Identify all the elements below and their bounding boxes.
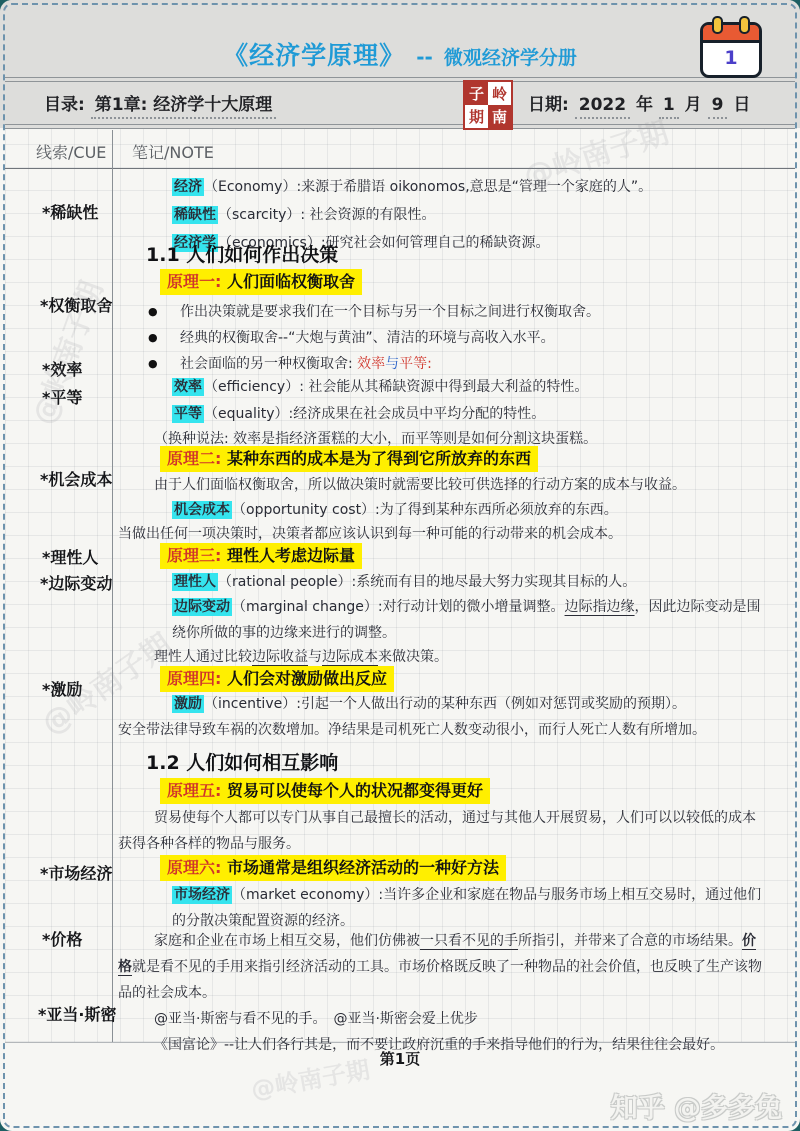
note-line: 由于人们面临权衡取舍，所以做决策时就需要比较可供选择的行动方案的成本与收益。 [118,472,768,498]
page-title: 《经济学原理》 -- 微观经济学分册 [0,36,800,72]
divider [5,124,795,129]
cue-label: *边际变动 [40,571,112,594]
text-segment: （scarcity）: 社会资源的有限性。 [218,207,436,223]
text-segment: （opportunity cost）:为了得到某种东西所必须放弃的东西。 [232,502,618,518]
text-segment: 由于人们面临权衡取舍，所以做决策时就需要比较可供选择的行动方案的成本与收益。 [154,477,686,493]
key-term: 市场经济 [172,886,232,904]
toc-value: 第1章: 经济学十大原理 [91,95,277,119]
text-segment: 理性人通过比较 [154,649,252,665]
seal-char: 期 [465,105,488,128]
text-segment: 社会面临的另一种权衡取舍: [180,356,357,372]
text-segment: 理性人考虑边际量 [227,546,355,565]
calendar-ring-icon [739,16,750,34]
definition-line: 效率（efficiency）: 社会能从其稀缺资源中得到最大利益的特性。 [118,374,768,400]
cue-column: *稀缺性*权衡取舍*效率*平等*机会成本*理性人*边际变动*激励*市场经济*价格… [0,0,112,1131]
definition-line: 稀缺性（scarcity）: 社会资源的有限性。 [118,202,768,228]
text-segment: 1.1 人们如何作出决策 [146,244,338,266]
key-term: 平等 [172,405,204,423]
text-segment: 与 [385,356,399,372]
highlighted-principle-text: 原理六: 市场通常是组织经济活动的一种好方法 [160,855,506,881]
text-segment: 效率 [357,356,385,372]
cue-label: *市场经济 [40,861,112,884]
text-segment: （equality）:经济成果在社会成员中平均分配的特性。 [204,406,545,422]
cue-label: *价格 [42,927,82,950]
definition-line: 激励（incentive）:引起一个人做出行动的某种东西（例如对惩罚或奖励的预期… [118,691,768,717]
highlighted-principle-text: 原理二: 某种东西的成本是为了得到它所放弃的东西 [160,446,538,472]
definition-line: 理性人（rational people）:系统而有目的地尽最大努力实现其目标的人… [118,569,768,595]
note-line: @亚当·斯密与看不见的手。 @亚当·斯密会爱上优步 [118,1006,768,1032]
text-segment: 原理五: [167,781,227,800]
cue-label: *机会成本 [40,467,112,490]
key-term: 理性人 [172,573,218,591]
brand-watermark: 知乎 @多多兔 [611,1086,782,1125]
text-segment: @亚当·斯密与看不见的手。 @亚当·斯密会爱上优步 [154,1011,478,1027]
highlighted-principle-text: 原理四: 人们会对激励做出反应 [160,666,394,692]
principle-heading: 原理二: 某种东西的成本是为了得到它所放弃的东西 [118,446,768,472]
divider [5,168,795,169]
text-segment: （Economy）:来源于希腊语 oikonomos,意思是“管理一个家庭的人”… [204,179,652,195]
definition-line: 市场经济（market economy）:当许多企业和家庭在物品与服务市场上相互… [118,882,768,934]
bullet-line: 经典的权衡取舍--“大炮与黄油”、清洁的环境与高收入水平。 [118,325,768,351]
notes-page: @岭南子期 @岭南子期 @岭南子期 @岭南子期 《经济学原理》 -- 微观经济学… [0,0,800,1131]
seal-char: 南 [488,105,511,128]
text-segment: 原理三: [167,546,227,565]
page-number: 第1页 [0,1048,800,1069]
definition-line: 边际变动（marginal change）:对行动计划的微小增量调整。边际指边缘… [118,594,768,646]
divider [5,77,795,82]
bullet-line: 作出决策就是要求我们在一个目标与另一个目标之间进行权衡取舍。 [118,299,768,325]
principle-heading: 原理四: 人们会对激励做出反应 [118,666,768,692]
date-year-unit: 年 [636,95,653,115]
text-segment: （换种说法: 效率是指经济蛋糕的大小，而平等则是如何分割这块蛋糕。 [154,431,597,447]
text-segment: （market economy）:当许多企业和家庭在物品与服务市场上相互交易时，… [172,887,761,929]
definition-line: 经济（Economy）:来源于希腊语 oikonomos,意思是“管理一个家庭的… [118,174,768,200]
text-segment: 安全带法律导致车祸的次数增加。净结果是司机死亡人数变动很小，而行人死亡人数有所增… [118,722,706,738]
cue-label: *亚当·斯密 [38,1002,116,1025]
text-segment: 某种东西的成本是为了得到它所放弃的东西 [227,449,531,468]
key-term: 边际变动 [172,598,232,616]
principle-heading: 原理一: 人们面临权衡取舍 [118,269,768,295]
principle-heading: 原理六: 市场通常是组织经济活动的一种好方法 [118,855,768,881]
text-segment: 边际指边缘 [565,599,635,615]
text-segment: 作出决策就是要求我们在一个目标与另一个目标之间进行权衡取舍。 [180,304,600,320]
section-heading: 1.1 人们如何作出决策 [118,243,768,267]
red-seal-stamp-icon: 子 岭 期 南 [463,80,513,130]
calendar-ring-icon [712,16,723,34]
volume-subtitle: 微观经济学分册 [444,47,577,69]
highlighted-principle-text: 原理一: 人们面临权衡取舍 [160,269,362,295]
text-segment: 就是看不见的手用来指引经济活动的工具。市场价格既反映了一种物品的社会价值，也反映… [118,959,762,1001]
text-segment: 家庭和企业在市场上相互交易，他们仿佛被 [154,933,420,949]
text-segment: : [427,356,432,372]
text-segment: 1.2 人们如何相互影响 [146,752,338,774]
cue-label: *理性人 [42,545,98,568]
date-label: 日期: [528,95,569,115]
seal-char: 子 [465,82,488,105]
calendar-icon: 1 [700,22,762,78]
key-term: 激励 [172,695,204,713]
text-segment: 来做决策。 [378,649,448,665]
text-segment: 与 [308,649,322,665]
note-line: 家庭和企业在市场上相互交易，他们仿佛被一只看不见的手所指引，并带来了合意的市场结… [118,928,768,1006]
principle-heading: 原理五: 贸易可以使每个人的状况都变得更好 [118,778,768,804]
highlighted-principle-text: 原理三: 理性人考虑边际量 [160,543,362,569]
text-segment: 经典的权衡取舍--“大炮与黄油”、清洁的环境与高收入水平。 [180,330,555,346]
definition-line: 平等（equality）:经济成果在社会成员中平均分配的特性。 [118,401,768,427]
definition-line: 机会成本（opportunity cost）:为了得到某种东西所必须放弃的东西。 [118,497,768,523]
text-segment: 原理六: [167,858,227,877]
text-segment: 贸易使每个人都可以专门从事自己最擅长的活动，通过与其他人开展贸易，人们可以以较低… [118,810,756,852]
cue-label: *激励 [42,677,82,700]
text-segment: 人们会对激励做出反应 [227,669,387,688]
calendar-day-number: 1 [703,43,759,73]
text-segment: 边际成本 [322,649,378,665]
text-segment: （incentive）:引起一个人做出行动的某种东西（例如对惩罚或奖励的预期）。 [204,696,686,712]
text-segment: 人们面临权衡取舍 [227,272,355,291]
text-segment: 原理一: [167,272,227,291]
key-term: 机会成本 [172,501,232,519]
text-segment: 原理四: [167,669,227,688]
date-year: 2022 [575,95,630,119]
text-segment: 市场通常是组织经济活动的一种好方法 [227,858,499,877]
date-line: 日期: 2022 年 1 月 9 日 [528,90,750,115]
key-term: 稀缺性 [172,206,218,224]
text-segment: 边际收益 [252,649,308,665]
highlighted-principle-text: 原理五: 贸易可以使每个人的状况都变得更好 [160,778,490,804]
principle-heading: 原理三: 理性人考虑边际量 [118,543,768,569]
text-segment: 贸易可以使每个人的状况都变得更好 [227,781,483,800]
note-line: 贸易使每个人都可以专门从事自己最擅长的活动，通过与其他人开展贸易，人们可以以较低… [118,805,768,857]
text-segment: （rational people）:系统而有目的地尽最大努力实现其目标的人。 [218,574,636,590]
cue-label: *效率 [42,357,82,380]
title-separator: -- [416,45,433,69]
cue-label: *稀缺性 [42,200,98,223]
text-segment: （efficiency）: 社会能从其稀缺资源中得到最大利益的特性。 [204,379,588,395]
seal-char: 岭 [488,82,511,105]
key-term: 效率 [172,378,204,396]
date-day-unit: 日 [733,95,750,115]
section-heading: 1.2 人们如何相互影响 [118,751,768,775]
key-term: 经济 [172,178,204,196]
cue-label: *权衡取舍 [40,293,112,316]
text-segment: 所指引，并带来了合意的市场结果。 [518,933,742,949]
note-line: 安全带法律导致车祸的次数增加。净结果是司机死亡人数变动很小，而行人死亡人数有所增… [118,717,768,743]
text-segment: 原理二: [167,449,227,468]
date-month: 1 [659,95,679,119]
text-segment: （marginal change）:对行动计划的微小增量调整。 [232,599,565,615]
book-title: 《经济学原理》 [223,41,405,70]
text-segment: 平等 [399,356,427,372]
note-column-header: 笔记/NOTE [132,140,214,163]
text-segment: 一只看不见的手 [420,933,518,949]
date-day: 9 [708,95,728,119]
text-segment: 当做出任何一项决策时，决策者都应该认识到每一种可能的行动带来的机会成本。 [118,526,622,542]
cue-label: *平等 [42,385,82,408]
date-month-unit: 月 [685,95,702,115]
